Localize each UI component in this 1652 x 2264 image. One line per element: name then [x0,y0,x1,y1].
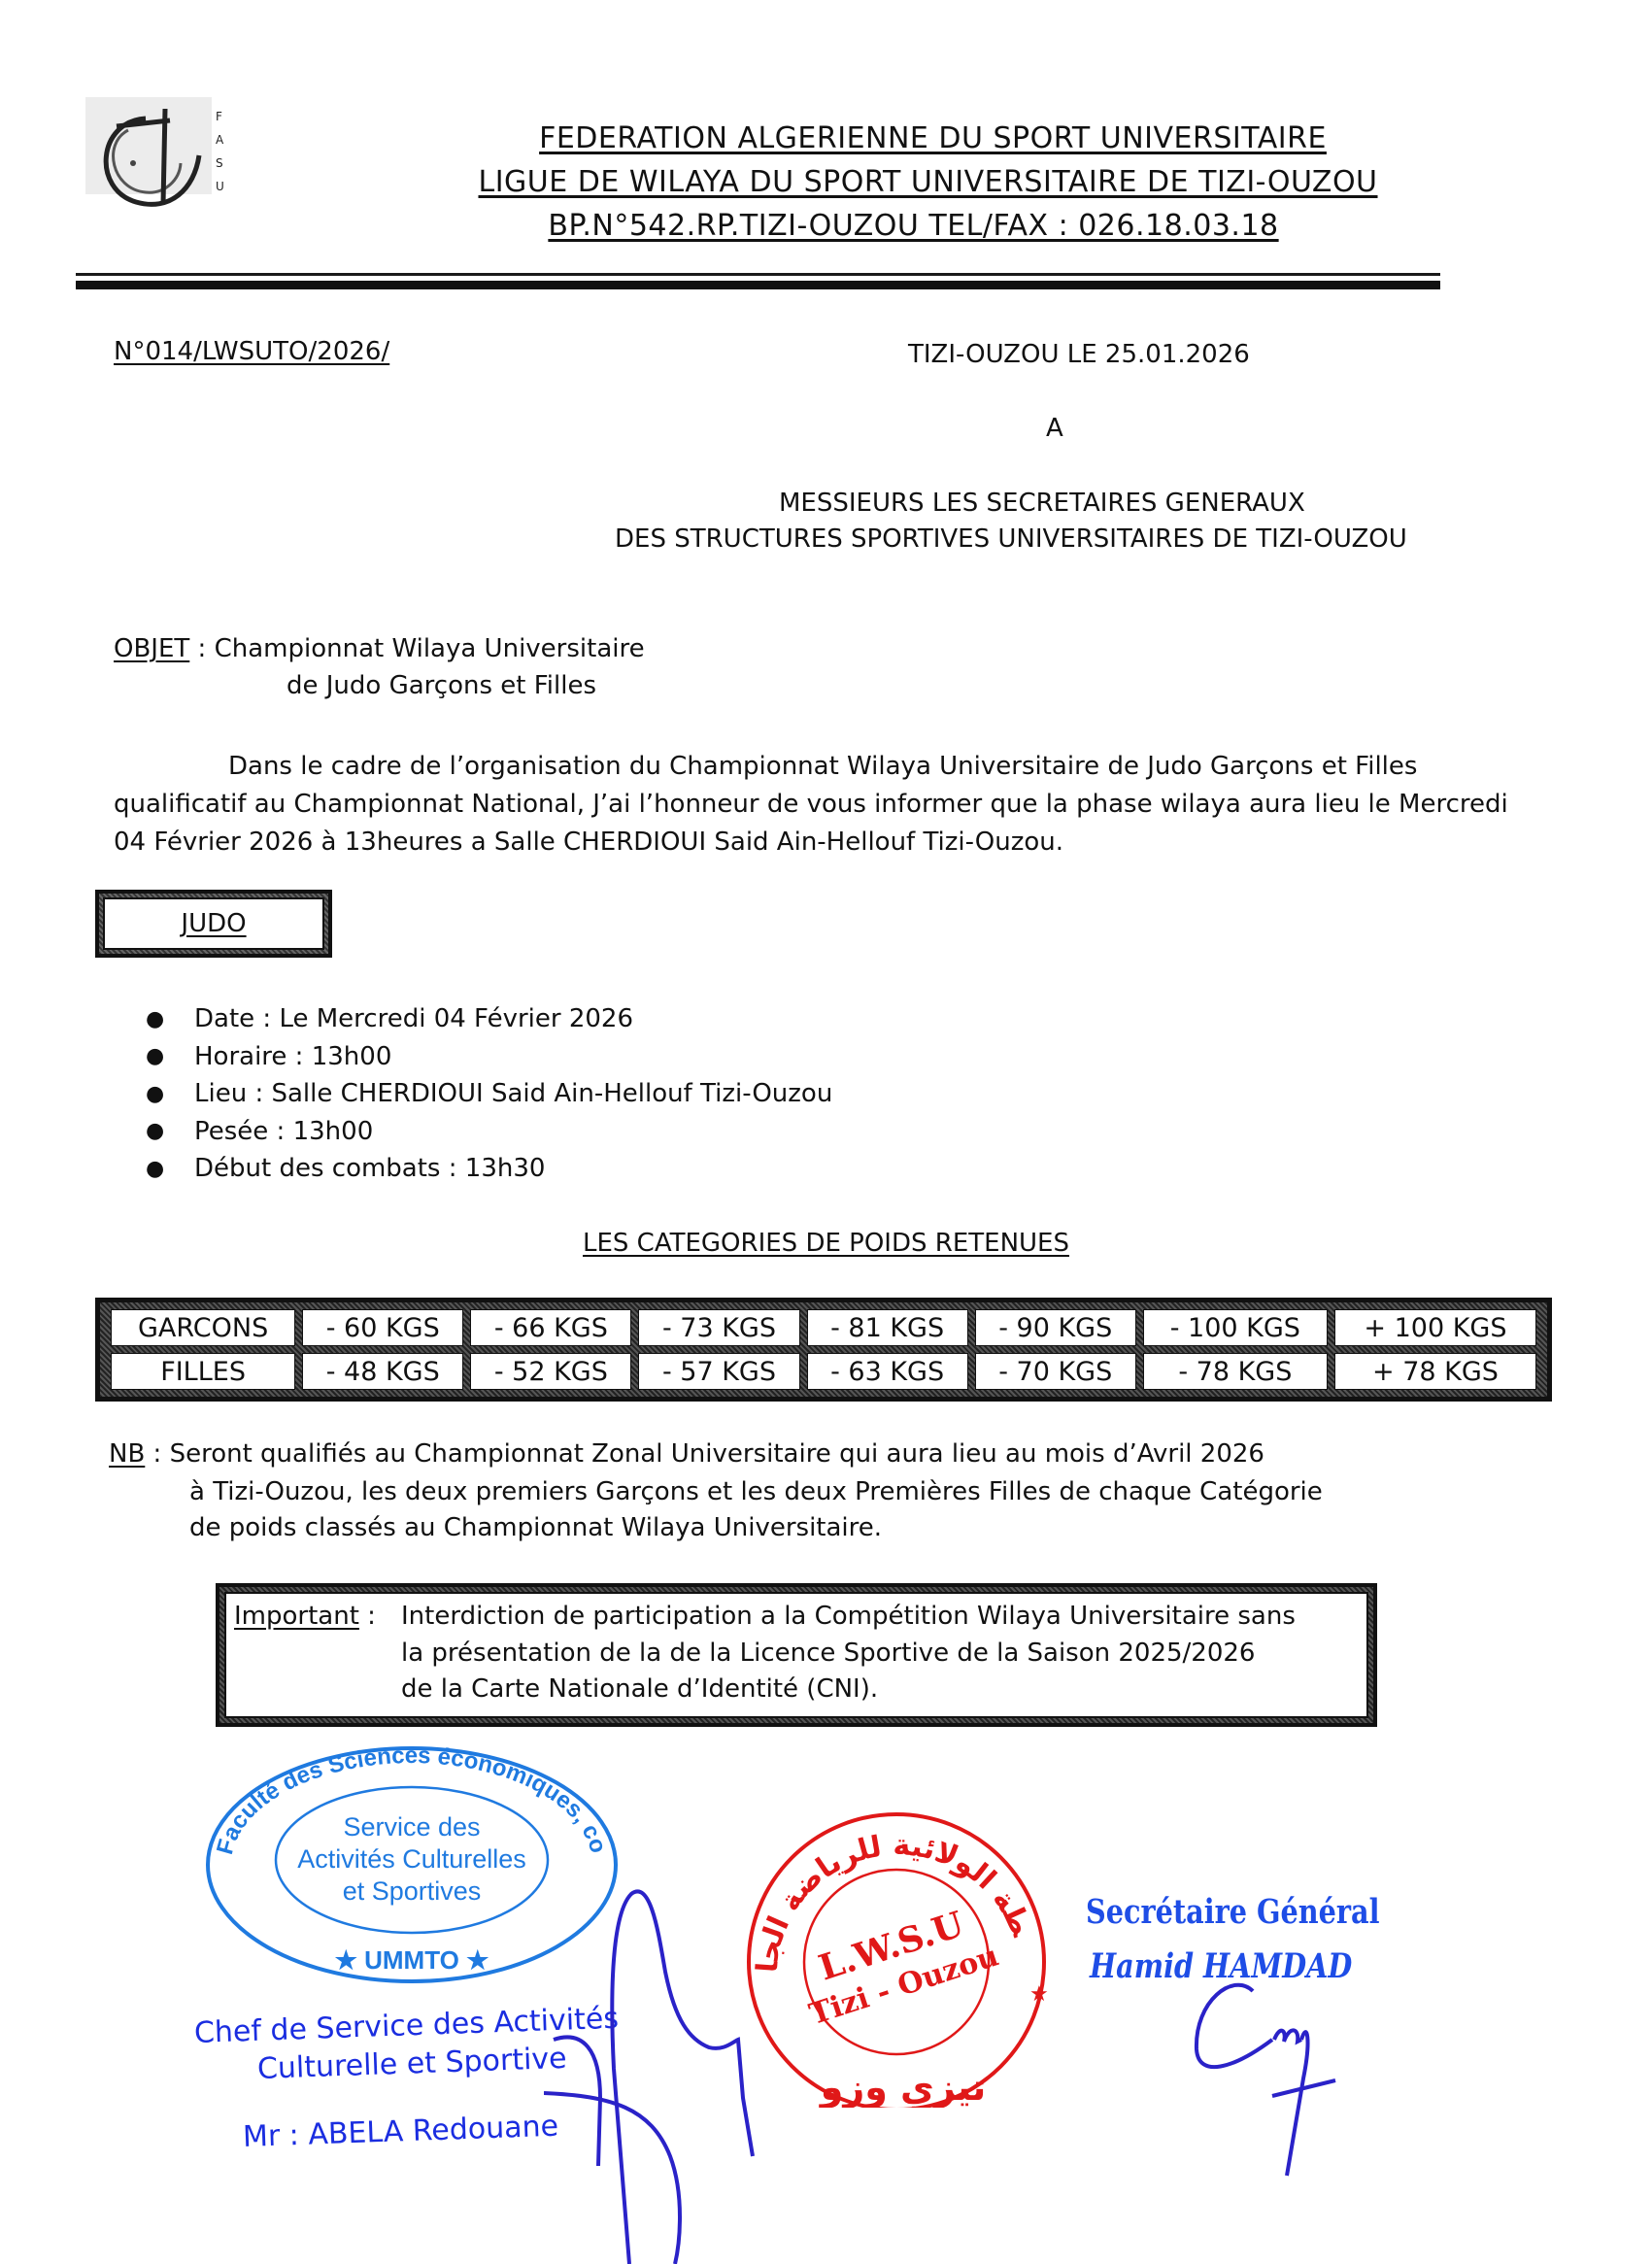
nb-label: NB [109,1439,145,1469]
section-title: JUDO [181,909,246,938]
bullet-icon: ● [146,1119,194,1143]
table-cell: + 78 KGS [1334,1353,1536,1390]
list-item: ●Lieu : Salle CHERDIOUI Said Ain-Hellouf… [146,1075,832,1113]
list-item: ●Début des combats : 13h30 [146,1150,832,1188]
secretary-title: Secrétaire Général [1086,1892,1379,1932]
object-label: OBJET [114,634,189,663]
table-cell: - 90 KGS [975,1309,1136,1346]
svg-text:Activités Culturelles: Activités Culturelles [297,1844,526,1874]
table-cell: - 60 KGS [302,1309,463,1346]
important-label: Important : [234,1602,376,1631]
bullet-icon: ● [146,1082,194,1106]
table-row: GARCONS - 60 KGS - 66 KGS - 73 KGS - 81 … [111,1309,1536,1346]
svg-text:★ UMMTO ★: ★ UMMTO ★ [335,1945,489,1975]
service-head-signature-icon [544,1875,806,2264]
secretary-signature-icon [1165,1972,1379,2195]
nb-line-2: à Tizi-Ouzou, les deux premiers Garçons … [189,1477,1323,1506]
row-header: GARCONS [111,1309,295,1346]
object-line-2: de Judo Garçons et Filles [287,671,596,700]
table-cell: - 78 KGS [1143,1353,1328,1390]
table-cell: - 100 KGS [1143,1309,1328,1346]
body-paragraph: Dans le cadre de l’organisation du Champ… [114,748,1522,862]
categories-title: LES CATEGORIES DE POIDS RETENUES [0,1229,1652,1258]
table-row: FILLES - 48 KGS - 52 KGS - 57 KGS - 63 K… [111,1353,1536,1390]
header-federation-name: FEDERATION ALGERIENNE DU SPORT UNIVERSIT… [0,121,1652,155]
recipient-to: A [1046,414,1063,443]
table-cell: - 66 KGS [470,1309,631,1346]
header-league-name: LIGUE DE WILAYA DU SPORT UNIVERSITAIRE D… [0,165,1652,199]
bullet-icon: ● [146,1044,194,1068]
table-cell: - 73 KGS [638,1309,799,1346]
reference-number: N°014/LWSUTO/2026/ [114,337,389,366]
list-item: ●Horaire : 13h00 [146,1038,832,1076]
row-header: FILLES [111,1353,295,1390]
list-item: ●Pesée : 13h00 [146,1113,832,1151]
svg-text:تيزي وزو: تيزي وزو [819,2066,987,2108]
header-rule-thin [76,273,1440,276]
bullet-icon: ● [146,1007,194,1031]
section-title-box: JUDO [95,890,332,958]
service-head-title-2: Culturelle et Sportive [256,2042,567,2086]
nb-line-1: NB : Seront qualifiés au Championnat Zon… [109,1439,1264,1469]
header-rule-thick [76,281,1440,289]
nb-line-3: de poids classés au Championnat Wilaya U… [189,1513,882,1542]
table-cell: - 48 KGS [302,1353,463,1390]
object-line-1: OBJET : Championnat Wilaya Universitaire [114,634,645,663]
bullet-icon: ● [146,1157,194,1181]
weight-categories-table: GARCONS - 60 KGS - 66 KGS - 73 KGS - 81 … [95,1298,1552,1402]
list-item: ●Date : Le Mercredi 04 Février 2026 [146,1000,832,1038]
important-notice-box: Important : Interdiction de participatio… [216,1583,1377,1727]
important-line-2: la présentation de la de la Licence Spor… [401,1639,1255,1668]
table-cell: - 63 KGS [807,1353,968,1390]
table-cell: - 57 KGS [638,1353,799,1390]
recipient-line-1: MESSIEURS LES SECRETAIRES GENERAUX [779,489,1305,518]
svg-text:★: ★ [1029,1982,1049,2007]
table-cell: + 100 KGS [1334,1309,1536,1346]
svg-text:Service des: Service des [343,1812,480,1842]
table-cell: - 70 KGS [975,1353,1136,1390]
service-head-name: Mr : ABELA Redouane [242,2110,558,2154]
important-line-3: de la Carte Nationale d’Identité (CNI). [401,1674,878,1704]
place-date: TIZI-OUZOU LE 25.01.2026 [908,340,1250,369]
event-details-list: ●Date : Le Mercredi 04 Février 2026 ●Hor… [146,1000,832,1188]
important-line-1: Interdiction de participation a la Compé… [401,1602,1296,1631]
recipient-line-2: DES STRUCTURES SPORTIVES UNIVERSITAIRES … [615,524,1407,554]
table-cell: - 52 KGS [470,1353,631,1390]
svg-text:et Sportives: et Sportives [343,1876,482,1906]
header-contact: BP.N°542.RP.TIZI-OUZOU TEL/FAX : 026.18.… [0,209,1652,243]
table-cell: - 81 KGS [807,1309,968,1346]
